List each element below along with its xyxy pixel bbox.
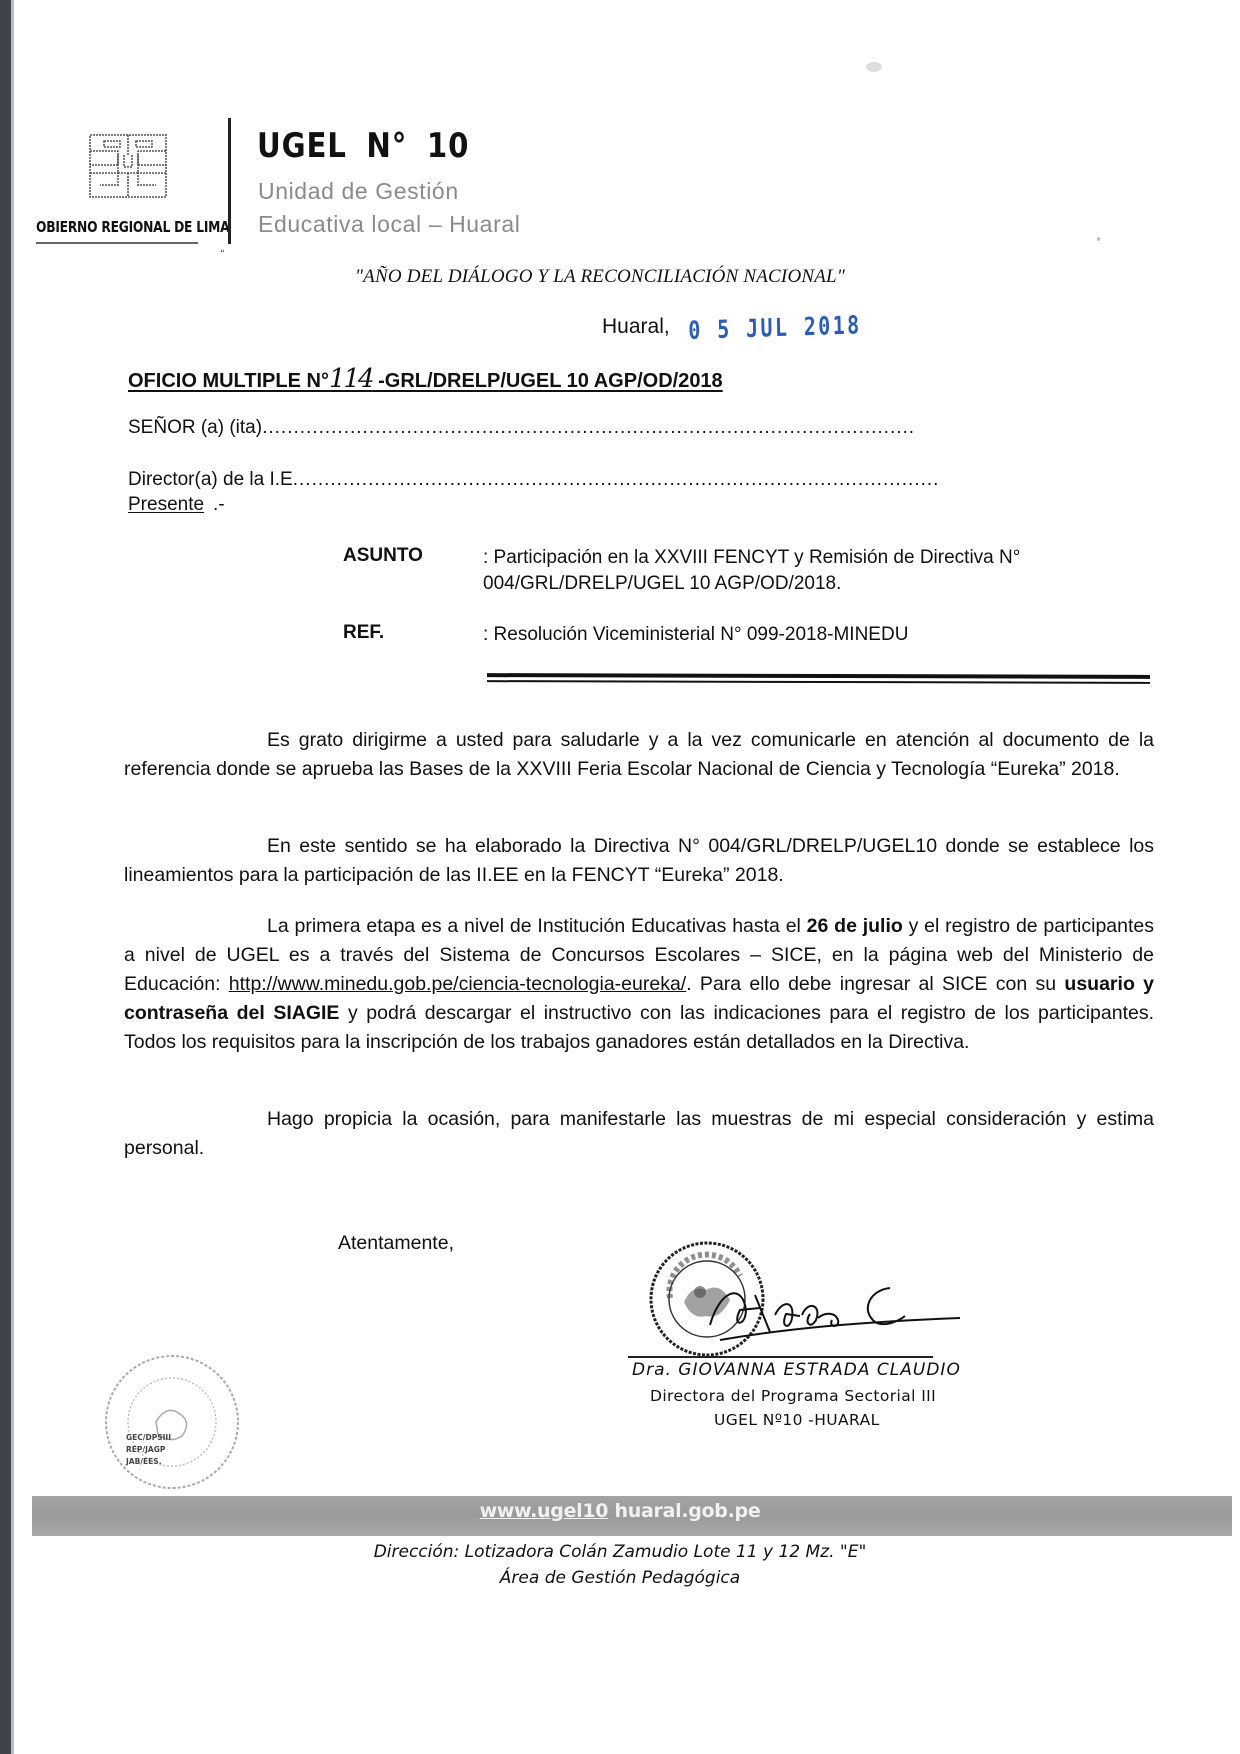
- footer-area: Área de Gestión Pedagógica: [0, 1568, 1240, 1588]
- paragraph-1-text: Es grato dirigirme a usted para saludarl…: [124, 729, 1154, 780]
- minedu-eureka-link[interactable]: http://www.minedu.gob.pe/ciencia-tecnolo…: [229, 973, 686, 995]
- double-rule-bottom: [487, 680, 1150, 684]
- director-blank-dots: ........................................…: [293, 469, 940, 490]
- gobierno-regional-name: OBIERNO REGIONAL DE LIMA: [36, 218, 229, 236]
- scan-left-edge-highlight: [11, 0, 14, 1754]
- year-motto: "AÑO DEL DIÁLOGO Y LA RECONCILIACIÓN NAC…: [355, 266, 845, 288]
- gobierno-regional-lima-logo-icon: [80, 133, 176, 199]
- scan-smudge: [866, 62, 882, 72]
- closing-salutation: Atentamente,: [338, 1232, 454, 1255]
- scan-left-edge: [0, 0, 11, 1754]
- asunto-label: ASUNTO: [343, 545, 423, 567]
- oficio-handwritten-number: 114: [329, 364, 373, 394]
- presente-label: Presente: [128, 494, 204, 515]
- body-paragraph-1: Es grato dirigirme a usted para saludarl…: [124, 726, 1154, 784]
- initials-line-2: REP/JAGP: [126, 1444, 171, 1456]
- stray-quote-mark: “: [220, 248, 224, 260]
- typist-initials: GEC/DPSIII REP/JAGP JAB/EES.: [126, 1432, 171, 1468]
- scan-speck: [1097, 237, 1100, 241]
- asunto-value: : Participación en la XXVIII FENCYT y Re…: [483, 545, 1163, 597]
- footer-address: Dirección: Lotizadora Colán Zamudio Lote…: [0, 1542, 1240, 1562]
- body-paragraph-3: La primera etapa es a nivel de Instituci…: [124, 912, 1154, 1057]
- paragraph-3-text-c: . Para ello debe ingresar al SICE con su: [686, 973, 1064, 995]
- footer-url-part1: www.ugel10: [480, 1500, 609, 1522]
- footer-url-part2: huaral.gob.pe: [608, 1500, 760, 1522]
- presente-suffix: .-: [213, 494, 225, 516]
- presente-line: Presente: [128, 494, 204, 516]
- ref-label: REF.: [343, 622, 384, 644]
- ugel-title: UGEL N° 10: [257, 126, 469, 166]
- signer-title: Directora del Programa Sectorial III: [650, 1387, 936, 1405]
- signer-name: Dra. GIOVANNA ESTRADA CLAUDIO: [632, 1360, 961, 1380]
- date-place: Huaral,: [602, 315, 670, 339]
- handwritten-signature: [700, 1270, 960, 1350]
- senor-blank-dots: ........................................…: [262, 417, 915, 438]
- double-rule-top: [487, 673, 1150, 679]
- senor-label: SEÑOR (a) (ita): [128, 417, 262, 438]
- paragraph-4-text: Hago propicia la ocasión, para manifesta…: [124, 1108, 1154, 1159]
- header-divider: [228, 118, 231, 244]
- deadline-date: 26 de julio: [807, 915, 903, 937]
- initials-line-3: JAB/EES.: [126, 1456, 171, 1468]
- ugel-subtitle-line2: Educativa local – Huaral: [258, 211, 520, 238]
- paragraph-2-text: En este sentido se ha elaborado la Direc…: [124, 835, 1154, 886]
- gov-name-underline: [36, 242, 198, 244]
- oficio-number-heading: OFICIO MULTIPLE N°114 -GRL/DRELP/UGEL 10…: [128, 364, 723, 394]
- director-label: Director(a) de la I.E: [128, 469, 293, 490]
- signature-line: [628, 1356, 933, 1358]
- body-paragraph-4: Hago propicia la ocasión, para manifesta…: [124, 1105, 1154, 1163]
- signer-office: UGEL Nº10 -HUARAL: [714, 1411, 880, 1429]
- initials-line-1: GEC/DPSIII: [126, 1432, 171, 1444]
- ref-value: : Resolución Viceministerial N° 099-2018…: [483, 622, 1163, 648]
- body-paragraph-2: En este sentido se ha elaborado la Direc…: [124, 832, 1154, 890]
- oficio-prefix: OFICIO MULTIPLE N°: [128, 370, 329, 392]
- addressee-senor-line: SEÑOR (a) (ita).........................…: [128, 417, 915, 439]
- addressee-director-line: Director(a) de la I.E...................…: [128, 469, 939, 491]
- ministry-seal-icon: [96, 1352, 244, 1492]
- oficio-suffix: -GRL/DRELP/UGEL 10 AGP/OD/2018: [373, 370, 723, 392]
- paragraph-3-text-a: La primera etapa es a nivel de Instituci…: [267, 915, 807, 937]
- footer-website[interactable]: www.ugel10 huaral.gob.pe: [0, 1500, 1240, 1522]
- date-stamp: 0 5 JUL 2018: [688, 310, 862, 345]
- ugel-subtitle-line1: Unidad de Gestión: [258, 178, 459, 205]
